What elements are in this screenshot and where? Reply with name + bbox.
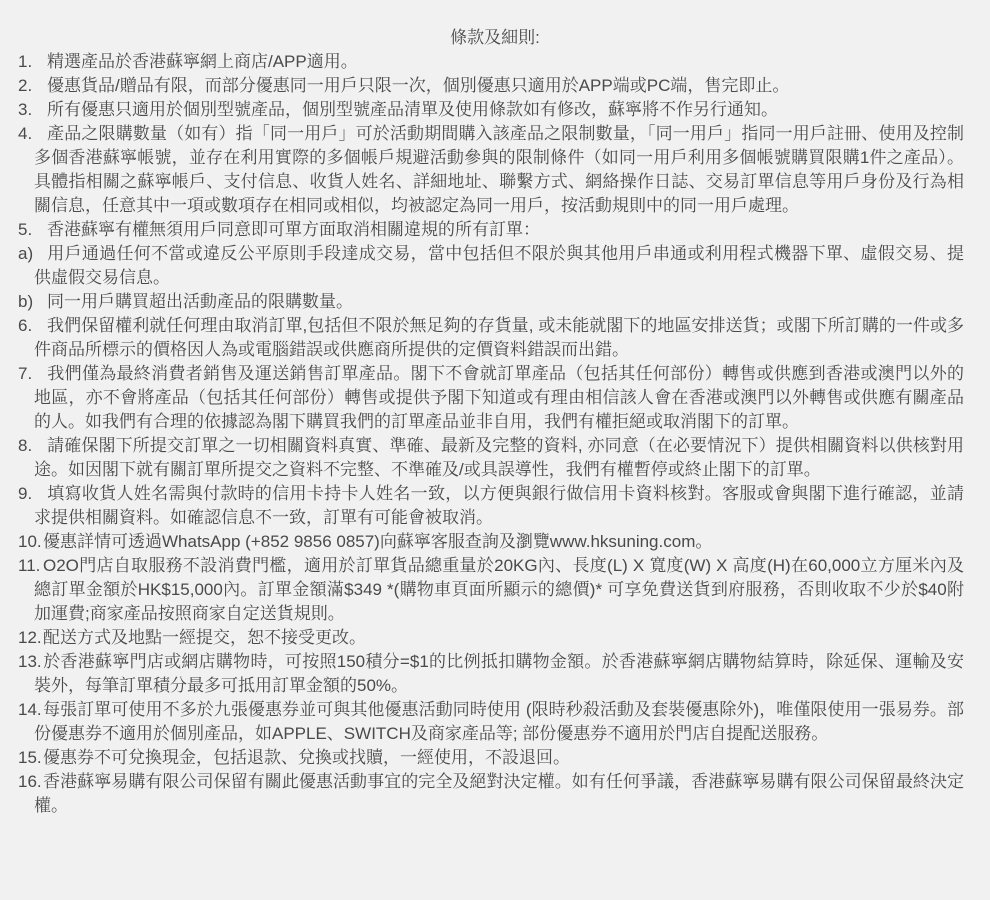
term-number: 15. — [18, 746, 43, 770]
term-item: 1.精選產品於香港蘇寧網上商店/APP適用。 — [18, 50, 964, 74]
term-item: 15.優惠券不可兌換現金，包括退款、兌換或找贖，一經使用，不設退回。 — [18, 746, 964, 770]
term-item: 9.填寫收貨人姓名需與付款時的信用卡持卡人姓名一致，以方便與銀行做信用卡資料核對… — [18, 482, 964, 530]
term-text: 香港蘇寧有權無須用戶同意即可單方面取消相關違規的所有訂單： — [47, 220, 540, 239]
term-item: 3.所有優惠只適用於個別型號產品，個別型號產品清單及使用條款如有修改，蘇寧將不作… — [18, 98, 964, 122]
term-text: 香港蘇寧易購有限公司保留有關此優惠活動事宜的完全及絕對決定權。如有任何爭議，香港… — [34, 772, 964, 815]
term-number: b) — [18, 290, 47, 314]
term-text: 每張訂單可使用不多於九張優惠券並可與其他優惠活動同時使用 (限時秒殺活動及套裝優… — [34, 700, 964, 743]
term-number: a) — [18, 242, 47, 266]
term-item: 12.配送方式及地點一經提交，恕不接受更改。 — [18, 626, 964, 650]
term-number: 1. — [18, 50, 47, 74]
term-number: 3. — [18, 98, 47, 122]
term-number: 4. — [18, 122, 47, 146]
term-item: 8.請確保閣下所提交訂單之一切相關資料真實、準確、最新及完整的資料, 亦同意（在… — [18, 434, 964, 482]
term-number: 7. — [18, 362, 47, 386]
terms-list: 1.精選產品於香港蘇寧網上商店/APP適用。 2.優惠貨品/贈品有限，而部分優惠… — [0, 50, 990, 818]
term-item: 4.產品之限購數量（如有）指「同一用戶」可於活動期間購入該產品之限制數量，「同一… — [18, 122, 964, 218]
term-number: 16. — [18, 770, 43, 794]
term-number: 14. — [18, 698, 43, 722]
term-text: 用戶通過任何不當或違反公平原則手段達成交易，當中包括但不限於與其他用戶串通或利用… — [34, 244, 964, 287]
term-text: 同一用戶購買超出活動產品的限購數量。 — [47, 292, 353, 311]
term-text: O2O門店自取服務不設消費門檻，適用於訂單貨品總重量於20KG內、長度(L) X… — [34, 556, 964, 623]
term-number: 6. — [18, 314, 47, 338]
term-number: 10. — [18, 530, 43, 554]
term-text: 於香港蘇寧門店或網店購物時，可按照150積分=$1的比例抵扣購物金額。於香港蘇寧… — [34, 652, 964, 695]
term-item: b)同一用戶購買超出活動產品的限購數量。 — [18, 290, 964, 314]
terms-title: 條款及細則: — [0, 26, 990, 50]
term-item: 14.每張訂單可使用不多於九張優惠券並可與其他優惠活動同時使用 (限時秒殺活動及… — [18, 698, 964, 746]
term-text: 配送方式及地點一經提交，恕不接受更改。 — [43, 628, 366, 647]
term-number: 8. — [18, 434, 47, 458]
term-number: 9. — [18, 482, 47, 506]
term-text: 我們僅為最終消費者銷售及運送銷售訂單產品。閣下不會就訂單產品（包括其任何部份）轉… — [34, 364, 964, 431]
term-text: 優惠券不可兌換現金，包括退款、兌換或找贖，一經使用，不設退回。 — [43, 748, 570, 767]
terms-page: 條款及細則: 1.精選產品於香港蘇寧網上商店/APP適用。 2.優惠貨品/贈品有… — [0, 0, 990, 900]
term-text: 產品之限購數量（如有）指「同一用戶」可於活動期間購入該產品之限制數量，「同一用戶… — [34, 124, 964, 215]
term-number: 5. — [18, 218, 47, 242]
term-text: 填寫收貨人姓名需與付款時的信用卡持卡人姓名一致，以方便與銀行做信用卡資料核對。客… — [34, 484, 964, 527]
term-text: 所有優惠只適用於個別型號產品，個別型號產品清單及使用條款如有修改，蘇寧將不作另行… — [47, 100, 778, 119]
term-item: 16.香港蘇寧易購有限公司保留有關此優惠活動事宜的完全及絕對決定權。如有任何爭議… — [18, 770, 964, 818]
term-item: 5.香港蘇寧有權無須用戶同意即可單方面取消相關違規的所有訂單： — [18, 218, 964, 242]
term-text: 優惠貨品/贈品有限，而部分優惠同一用戶只限一次，個別優惠只適用於APP端或PC端… — [47, 76, 789, 95]
term-item: 13.於香港蘇寧門店或網店購物時，可按照150積分=$1的比例抵扣購物金額。於香… — [18, 650, 964, 698]
term-number: 12. — [18, 626, 43, 650]
term-number: 13. — [18, 650, 43, 674]
term-item: 10.優惠詳情可透過WhatsApp (+852 9856 0857)向蘇寧客服… — [18, 530, 964, 554]
term-item: 7.我們僅為最終消費者銷售及運送銷售訂單產品。閣下不會就訂單產品（包括其任何部份… — [18, 362, 964, 434]
term-text: 精選產品於香港蘇寧網上商店/APP適用。 — [47, 52, 358, 71]
term-item: 2.優惠貨品/贈品有限，而部分優惠同一用戶只限一次，個別優惠只適用於APP端或P… — [18, 74, 964, 98]
term-item: a)用戶通過任何不當或違反公平原則手段達成交易，當中包括但不限於與其他用戶串通或… — [18, 242, 964, 290]
term-item: 6.我們保留權利就任何理由取消訂單,包括但不限於無足夠的存貨量, 或未能就閣下的… — [18, 314, 964, 362]
term-item: 11.O2O門店自取服務不設消費門檻，適用於訂單貨品總重量於20KG內、長度(L… — [18, 554, 964, 626]
term-text: 請確保閣下所提交訂單之一切相關資料真實、準確、最新及完整的資料, 亦同意（在必要… — [34, 436, 964, 479]
term-text: 我們保留權利就任何理由取消訂單,包括但不限於無足夠的存貨量, 或未能就閣下的地區… — [34, 316, 964, 359]
term-number: 2. — [18, 74, 47, 98]
term-number: 11. — [18, 554, 43, 578]
term-text: 優惠詳情可透過WhatsApp (+852 9856 0857)向蘇寧客服查詢及… — [43, 532, 712, 551]
